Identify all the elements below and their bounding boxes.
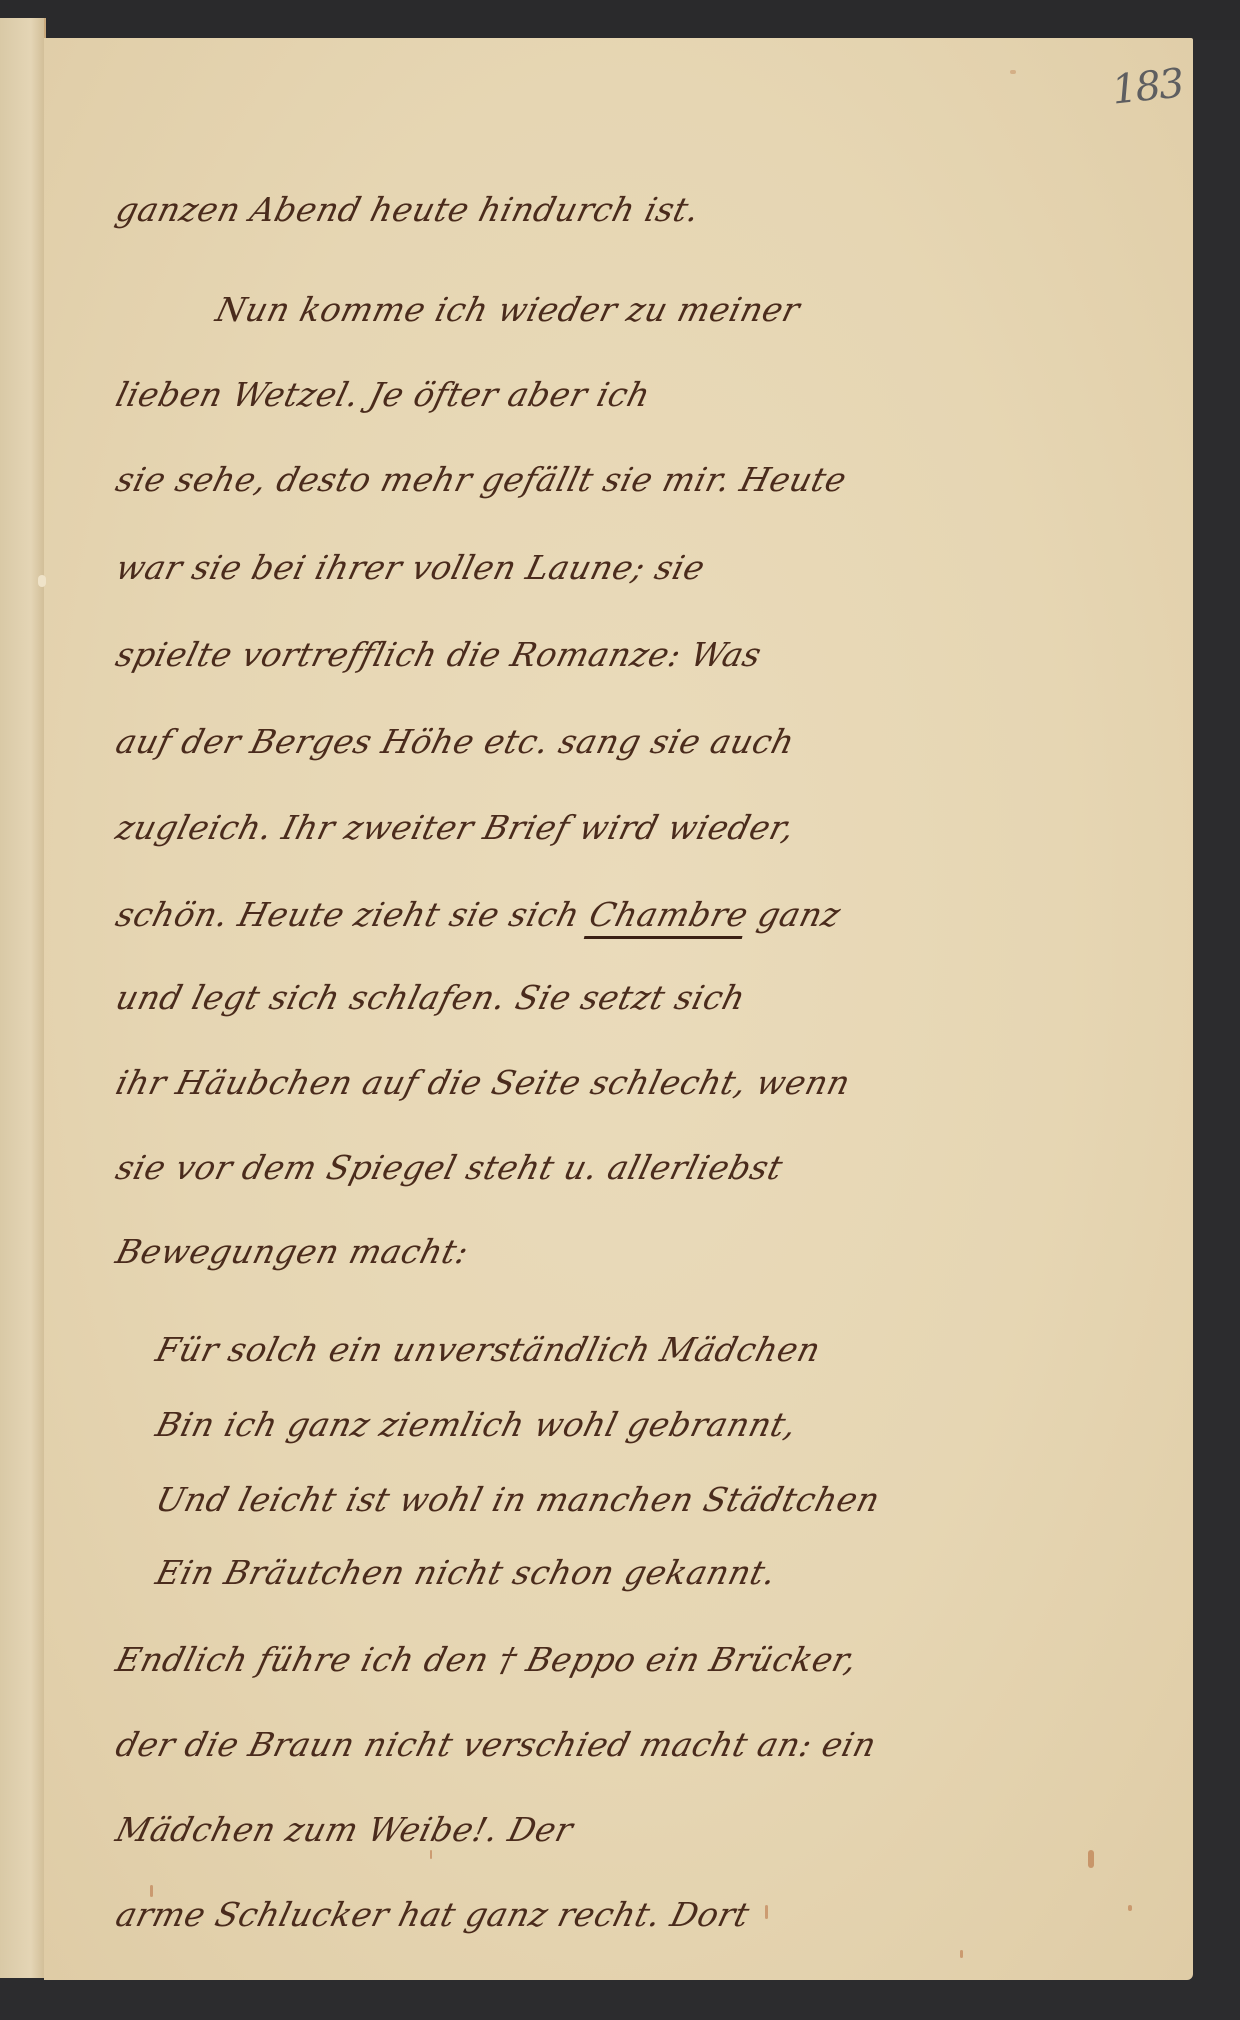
- text-line: zugleich. Ihr zweiter Brief wird wieder,: [112, 808, 799, 847]
- paper-fleck: [765, 1905, 768, 1919]
- text-line: ihr Häubchen auf die Seite schlecht, wen…: [112, 1063, 854, 1102]
- text-line: Nun komme ich wieder zu meiner: [212, 290, 804, 329]
- text-line: sie sehe, desto mehr gefällt sie mir. He…: [112, 460, 851, 499]
- text-line: auf der Berges Höhe etc. sang sie auch: [112, 722, 799, 761]
- previous-leaf-edge: [0, 18, 46, 1978]
- text-line: war sie bei ihrer vollen Laune; sie: [112, 548, 709, 587]
- text-line: spielte vortrefflich die Romanze: Was: [112, 635, 766, 674]
- text-line: arme Schlucker hat ganz recht. Dort: [112, 1895, 754, 1934]
- text-line: ganzen Abend heute hindurch ist.: [112, 190, 704, 229]
- text-line: Bewegungen macht:: [112, 1232, 473, 1271]
- book-edge-shadow: [0, 0, 1240, 40]
- text-line: lieben Wetzel. Je öfter aber ich: [112, 375, 655, 414]
- paper-fleck: [430, 1850, 432, 1859]
- text-line: und legt sich schlafen. Sie setzt sich: [112, 978, 750, 1017]
- text-line: Mädchen zum Weibe!. Der: [112, 1810, 577, 1849]
- underlined-word: Chambre: [584, 895, 752, 939]
- paper-fleck: [1010, 70, 1016, 74]
- verse-line: Und leicht ist wohl in manchen Städtchen: [152, 1480, 884, 1519]
- gutter-mark: [38, 575, 46, 587]
- folio-number: 183: [1109, 60, 1184, 113]
- paper-fleck: [1128, 1905, 1132, 1911]
- paper-fleck: [960, 1950, 963, 1958]
- verse-line: Bin ich ganz ziemlich wohl gebrannt,: [152, 1405, 801, 1444]
- text-line: schön. Heute zieht sie sich Chambre ganz: [112, 895, 845, 934]
- verse-line: Für solch ein unverständlich Mädchen: [152, 1330, 825, 1369]
- text-segment: schön. Heute zieht sie sich: [112, 895, 584, 934]
- text-line: Endlich führe ich den † Beppo ein Brücke…: [112, 1640, 861, 1679]
- paper-stain: [1088, 1850, 1094, 1868]
- text-segment: ganz: [754, 895, 845, 934]
- verse-line: Ein Bräutchen nicht schon gekannt.: [152, 1553, 781, 1592]
- text-line: sie vor dem Spiegel steht u. allerliebst: [112, 1148, 787, 1187]
- text-line: der die Braun nicht verschied macht an: …: [112, 1725, 880, 1764]
